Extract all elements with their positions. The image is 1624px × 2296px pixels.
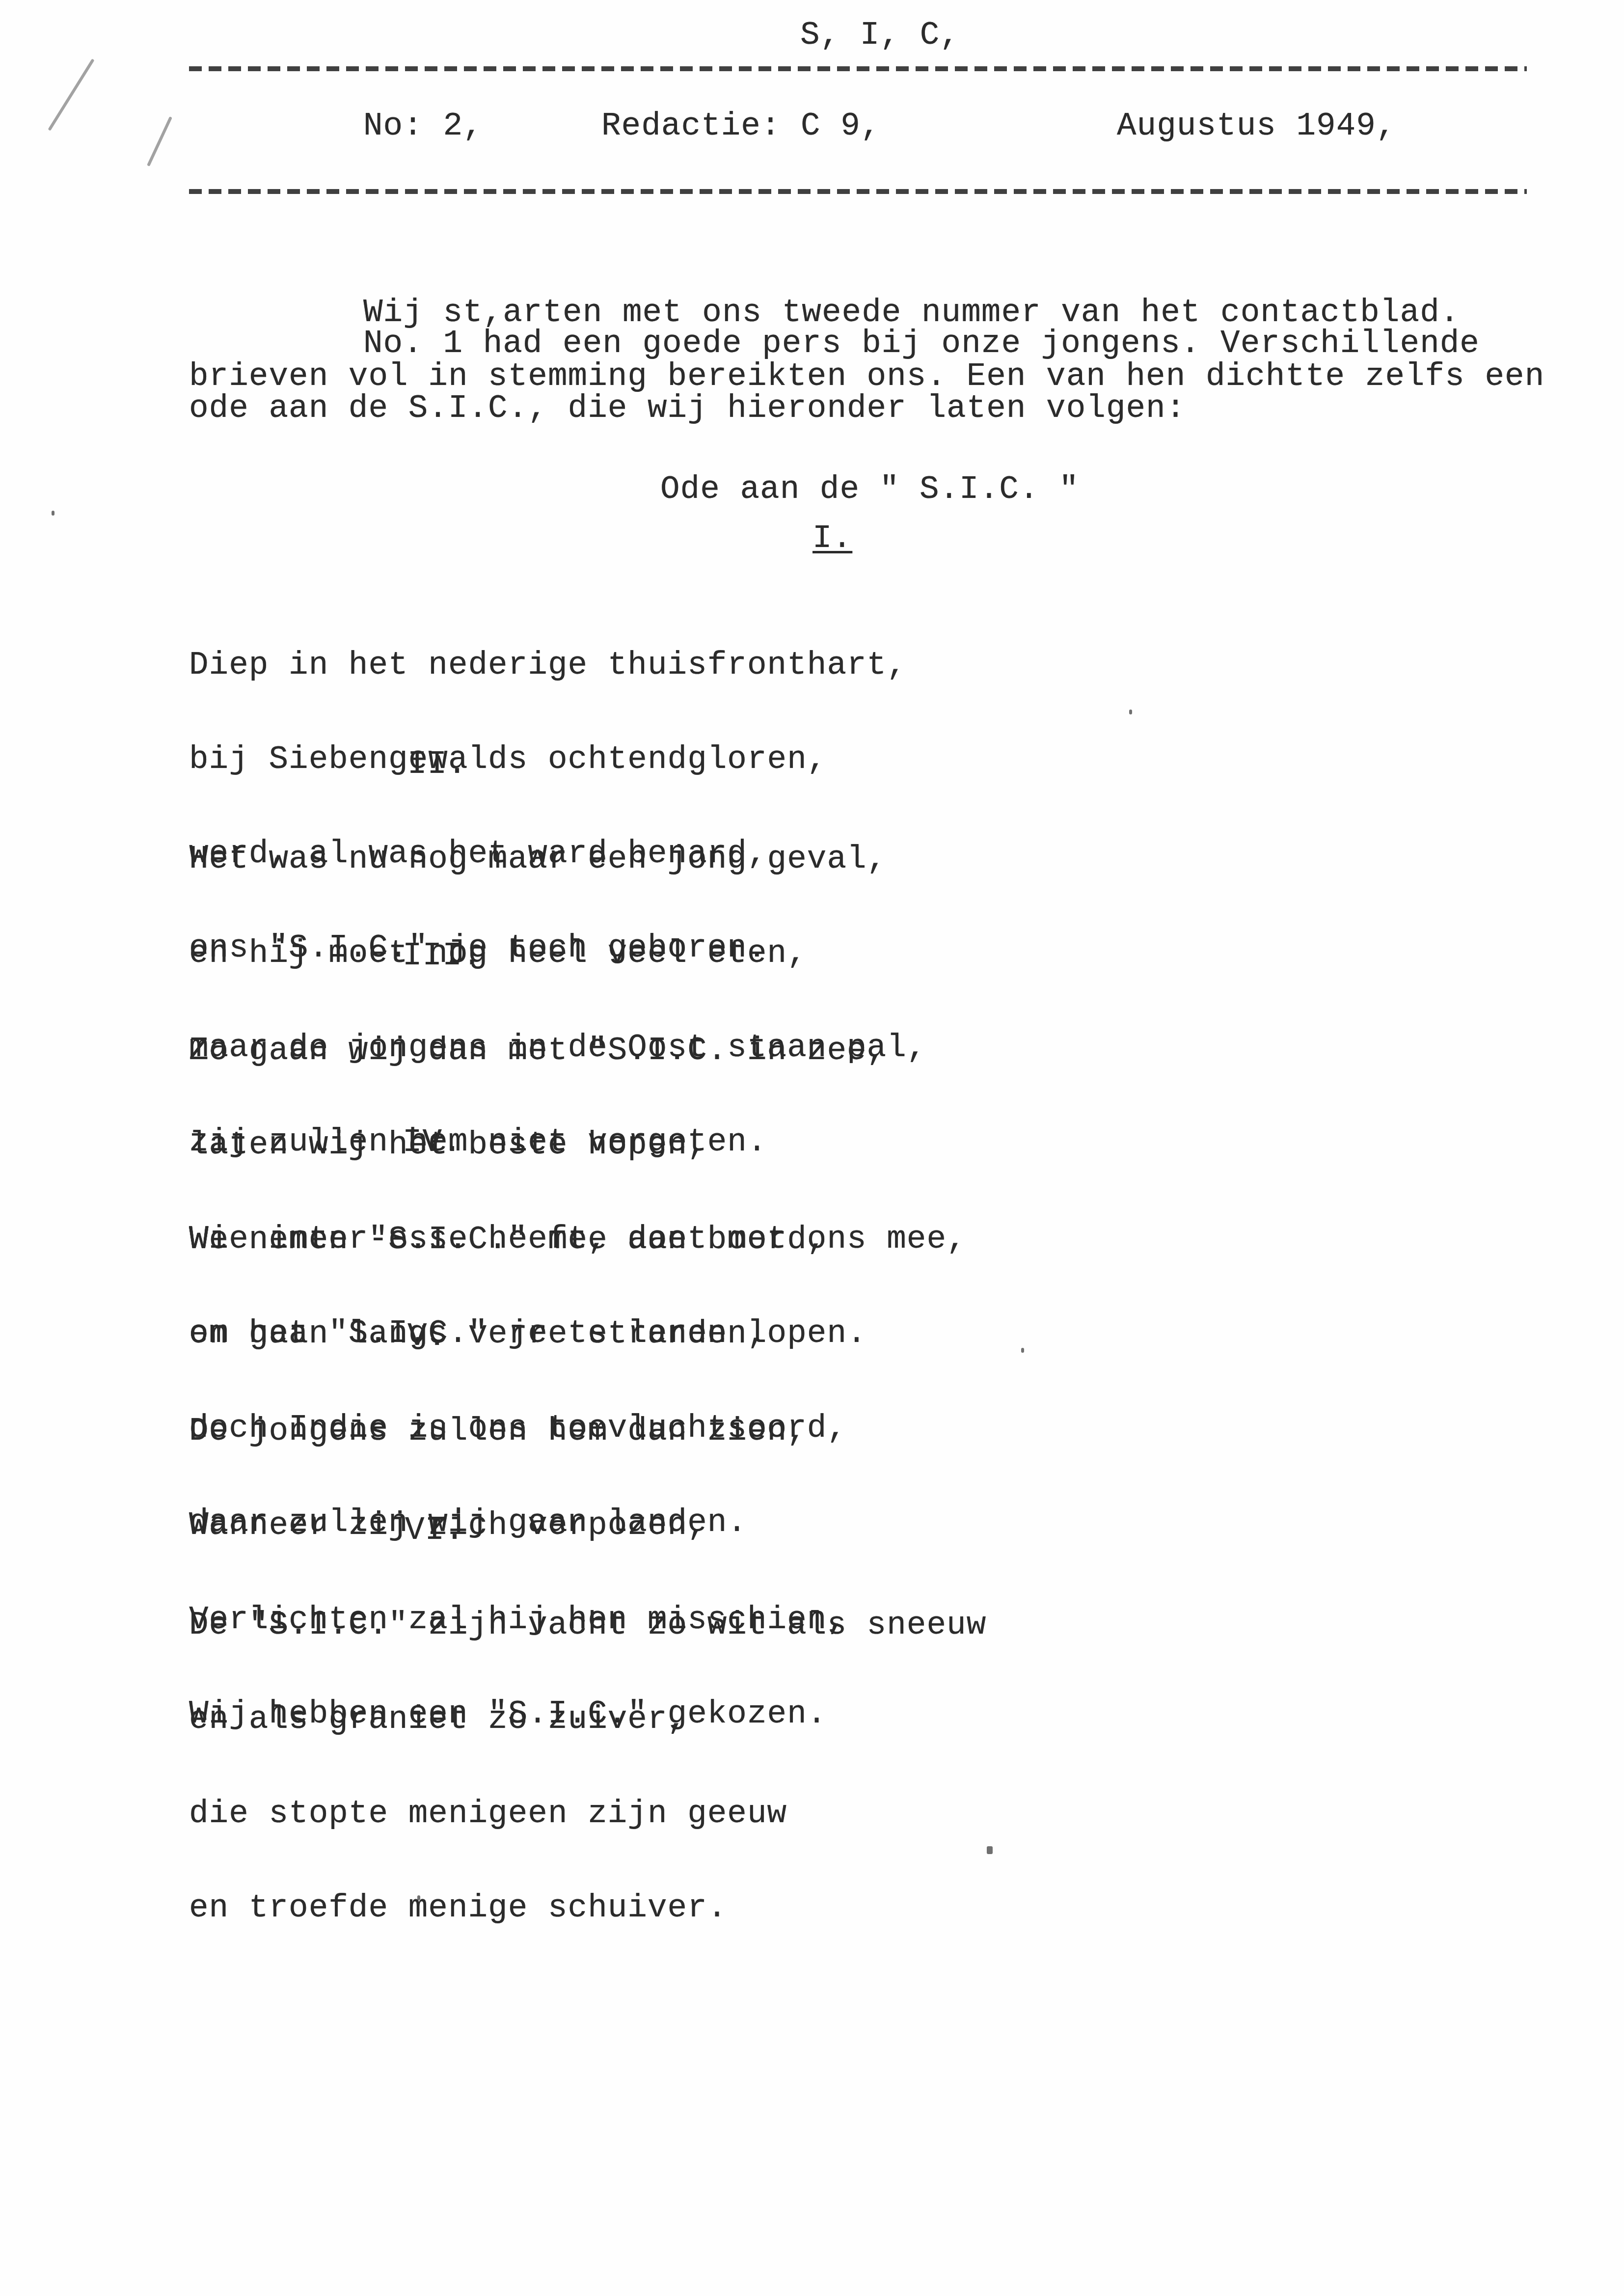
header-divider-bottom [189,189,1527,194]
stanza-number: II. [407,749,467,780]
poem-line: bij Siebengewalds ochtendgloren, [189,744,907,775]
poem-line: laten wij het beste hopen, [189,1129,967,1161]
poem-line: en troefde menige schuiver. [189,1892,986,1924]
pencil-stroke-mark [48,58,94,131]
poem-title: Ode aan de " S.I.C. " [660,474,1079,505]
typewritten-page: S, I, C, No: 2, Redactie: C 9, Augustus … [0,0,1624,2296]
scan-speck [52,511,54,516]
scan-speck [417,1895,420,1900]
stanza-number: V. [407,1321,447,1352]
masthead-title: S, I, C, [800,20,960,51]
issue-date: Augustus 1949, [1117,110,1396,142]
intro-line: No. 1 had een goede pers bij onze jongen… [363,328,1480,359]
poem-line: en gaan langs verre stranden, [189,1318,847,1350]
poem-line: We nemen "S.I.C." mee aan boord, [189,1224,847,1256]
poem-line: Zo gaan wij dan met "S.I.C. in zee, [189,1035,967,1066]
issue-number: No: 2, [363,110,483,142]
poem-line: en als graniet zo zuiver, [189,1704,986,1735]
poem-line: De "S.I.C." zijn vacht zo wit als sneeuw [189,1610,986,1641]
poem-line: die stopte menigeen zijn geeuw [189,1798,986,1830]
poem-stanza: De "S.I.C." zijn vacht zo wit als sneeuw… [189,1547,986,1987]
intro-line: brieven vol in stemming bereikten ons. E… [189,361,1544,392]
stanza-number: I. [812,523,852,554]
header-divider-top [189,66,1527,71]
poem-line: De jongens zullen hem dan zien, [189,1416,847,1447]
intro-line: Wij st,arten met ons tweede nummer van h… [363,297,1460,328]
scan-speck [987,1846,993,1854]
stanza-number: III. [403,940,482,972]
poem-line: Het was nu nog maar een jong geval, [189,844,926,875]
poem-line: Diep in het nederige thuisfronthart, [189,650,907,681]
intro-line: ode aan de S.I.C., die wij hieronder lat… [189,393,1186,424]
editor-credit: Redactie: C 9, [601,110,881,142]
stanza-number: IV. [403,1127,462,1158]
poem-line: en hij moet nog heel veel eten, [189,938,926,969]
scan-speck [1129,710,1132,714]
scan-speck [1021,1348,1024,1353]
pencil-stroke-mark [147,116,172,166]
poem-line: Wanneer zij zich verpozen, [189,1510,847,1541]
stanza-number: VI. [405,1515,465,1546]
